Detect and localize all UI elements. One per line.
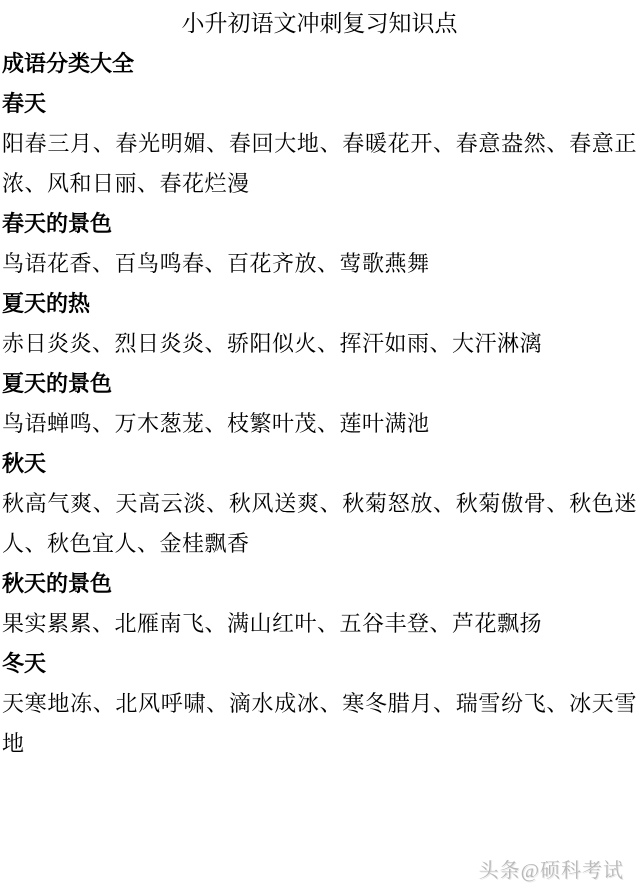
section-autumn-scenery: 秋天的景色 果实累累、北雁南飞、满山红叶、五谷丰登、芦花飘扬 (2, 564, 637, 644)
section-heading-spring-scenery: 春天的景色 (2, 204, 637, 244)
section-spring: 春天 阳春三月、春光明媚、春回大地、春暖花开、春意盎然、春意正浓、风和日丽、春花… (2, 84, 637, 204)
section-spring-scenery: 春天的景色 鸟语花香、百鸟鸣春、百花齐放、莺歌燕舞 (2, 204, 637, 284)
watermark: 头条@硕科考试 (479, 854, 624, 883)
idiom-list-spring: 阳春三月、春光明媚、春回大地、春暖花开、春意盎然、春意正浓、风和日丽、春花烂漫 (2, 124, 637, 204)
main-heading: 成语分类大全 (2, 44, 637, 84)
section-heading-summer-heat: 夏天的热 (2, 284, 637, 324)
section-heading-autumn-scenery: 秋天的景色 (2, 564, 637, 604)
idiom-list-summer-scenery: 鸟语蝉鸣、万木葱茏、枝繁叶茂、莲叶满池 (2, 404, 637, 444)
idiom-list-autumn-scenery: 果实累累、北雁南飞、满山红叶、五谷丰登、芦花飘扬 (2, 604, 637, 644)
section-summer-heat: 夏天的热 赤日炎炎、烈日炎炎、骄阳似火、挥汗如雨、大汗淋漓 (2, 284, 637, 364)
idiom-list-spring-scenery: 鸟语花香、百鸟鸣春、百花齐放、莺歌燕舞 (2, 244, 637, 284)
section-summer-scenery: 夏天的景色 鸟语蝉鸣、万木葱茏、枝繁叶茂、莲叶满池 (2, 364, 637, 444)
section-heading-autumn: 秋天 (2, 444, 637, 484)
section-winter: 冬天 天寒地冻、北风呼啸、滴水成冰、寒冬腊月、瑞雪纷飞、冰天雪地 (2, 644, 637, 764)
idiom-list-summer-heat: 赤日炎炎、烈日炎炎、骄阳似火、挥汗如雨、大汗淋漓 (2, 324, 637, 364)
document-page: 小升初语文冲刺复习知识点 成语分类大全 春天 阳春三月、春光明媚、春回大地、春暖… (0, 0, 640, 891)
idiom-list-autumn: 秋高气爽、天高云淡、秋风送爽、秋菊怒放、秋菊傲骨、秋色迷人、秋色宜人、金桂飘香 (2, 484, 637, 564)
section-heading-spring: 春天 (2, 84, 637, 124)
document-title: 小升初语文冲刺复习知识点 (2, 4, 637, 44)
section-heading-winter: 冬天 (2, 644, 637, 684)
idiom-list-winter: 天寒地冻、北风呼啸、滴水成冰、寒冬腊月、瑞雪纷飞、冰天雪地 (2, 684, 637, 764)
section-heading-summer-scenery: 夏天的景色 (2, 364, 637, 404)
section-autumn: 秋天 秋高气爽、天高云淡、秋风送爽、秋菊怒放、秋菊傲骨、秋色迷人、秋色宜人、金桂… (2, 444, 637, 564)
